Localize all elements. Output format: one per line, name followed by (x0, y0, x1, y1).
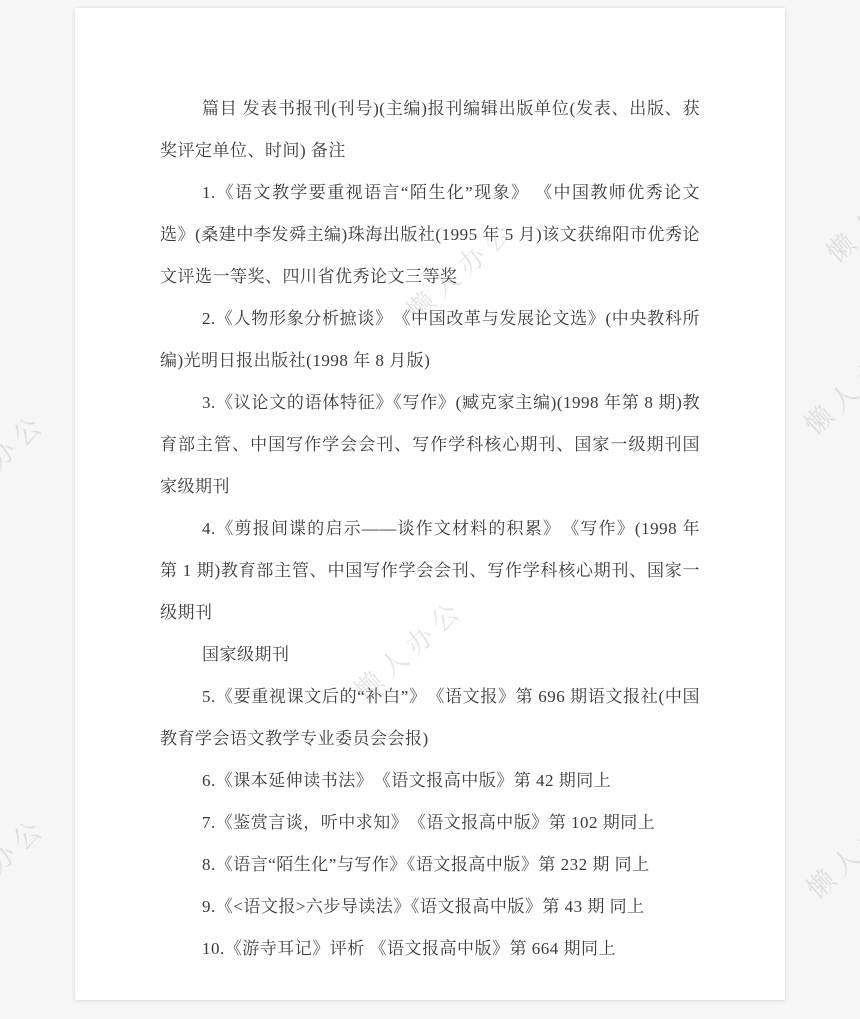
paragraph: 3.《议论文的语体特征》《写作》(臧克家主编)(1998 年第 8 期)教育部主… (160, 382, 700, 508)
paragraph: 篇目 发表书报刊(刊号)(主编)报刊编辑出版单位(发表、出版、获奖评定单位、时间… (160, 88, 700, 172)
watermark-text: 懒人办公 (0, 806, 54, 926)
paragraph: 国家级期刊 (160, 634, 700, 676)
paragraph: 10.《游寺耳记》评析 《语文报高中版》第 664 期同上 (160, 928, 700, 970)
paragraph: 1.《语文教学要重视语言“陌生化”现象》 《中国教师优秀论文选》(桑建中李发舜主… (160, 172, 700, 298)
paragraph: 7.《鉴赏言谈，听中求知》 《语文报高中版》第 102 期同上 (160, 802, 700, 844)
paragraph: 2.《人物形象分析摭谈》 《中国改革与发展论文选》(中央教科所编)光明日报出版社… (160, 298, 700, 382)
watermark-text: 懒人办公 (816, 150, 860, 270)
paragraph: 4.《剪报间谍的启示——谈作文材料的积累》 《写作》(1998 年第 1 期)教… (160, 508, 700, 634)
watermark-text: 懒人办公 (796, 786, 860, 906)
document-body: 篇目 发表书报刊(刊号)(主编)报刊编辑出版单位(发表、出版、获奖评定单位、时间… (160, 88, 700, 970)
watermark-text: 懒人办公 (0, 402, 54, 522)
paragraph: 6.《课本延伸读书法》 《语文报高中版》第 42 期同上 (160, 760, 700, 802)
paragraph: 8.《语言“陌生化”与写作》《语文报高中版》第 232 期 同上 (160, 844, 700, 886)
paragraph: 9.《<语文报>六步导读法》《语文报高中版》第 43 期 同上 (160, 886, 700, 928)
paragraph: 5.《要重视课文后的“补白”》 《语文报》第 696 期语文报社(中国教育学会语… (160, 676, 700, 760)
app-background: 懒人办公 懒人办公 懒人办公 懒人办公 懒人办公 懒人办公 懒人办公 篇目 发表… (0, 0, 860, 1019)
watermark-text: 懒人办公 (794, 322, 860, 442)
